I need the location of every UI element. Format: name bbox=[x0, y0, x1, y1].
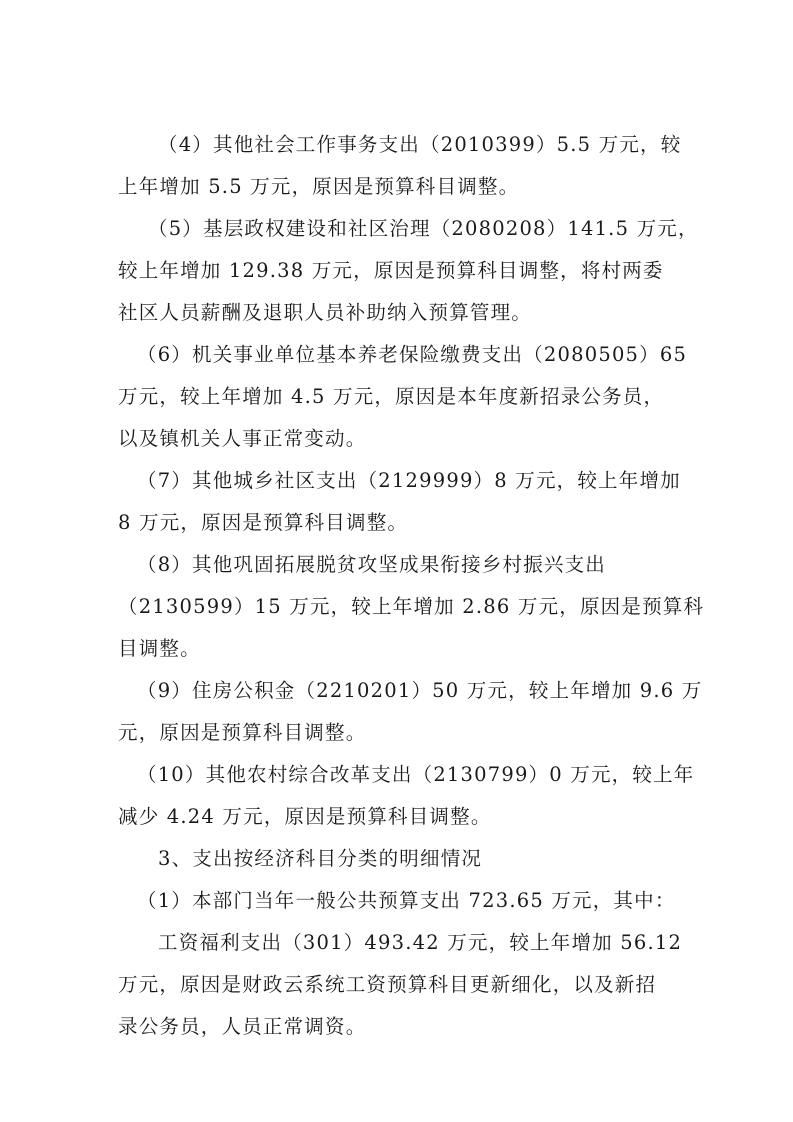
paragraph-item-10-line-2: 减少 4.24 万元，原因是预算科目调整。 bbox=[118, 805, 492, 829]
paragraph-item-5-line-3: 社区人员薪酬及退职人员补助纳入预算管理。 bbox=[118, 301, 532, 325]
paragraph-item-4-line-2: 上年增加 5.5 万元，原因是预算科目调整。 bbox=[118, 175, 519, 199]
paragraph-item-7-line-2: 8 万元，原因是预算科目调整。 bbox=[118, 511, 408, 535]
salary-welfare-line-1: 工资福利支出（301）493.42 万元，较上年增加 56.12 bbox=[158, 931, 682, 955]
paragraph-item-10-line-1: （10）其他农村综合改革支出（2130799）0 万元，较上年 bbox=[137, 763, 694, 787]
paragraph-item-5-line-1: （5）基层政权建设和社区治理（2080208）141.5 万元， bbox=[148, 217, 699, 241]
paragraph-item-4-line-1: （4）其他社会工作事务支出（2010399）5.5 万元，较 bbox=[158, 133, 681, 157]
paragraph-item-8-line-2: （2130599）15 万元，较上年增加 2.86 万元，原因是预算科 bbox=[118, 595, 704, 619]
paragraph-item-9-line-2: 元，原因是预算科目调整。 bbox=[118, 721, 366, 745]
paragraph-item-6-line-1: （6）机关事业单位基本养老保险缴费支出（2080505）65 bbox=[137, 343, 687, 367]
salary-welfare-line-2: 万元，原因是财政云系统工资预算科目更新细化，以及新招 bbox=[118, 973, 656, 997]
paragraph-item-9-line-1: （9）住房公积金（2210201）50 万元，较上年增加 9.6 万 bbox=[137, 679, 702, 703]
salary-welfare-line-3: 录公务员，人员正常调资。 bbox=[118, 1015, 366, 1039]
document-page: （4）其他社会工作事务支出（2010399）5.5 万元，较 上年增加 5.5 … bbox=[0, 0, 793, 1122]
section-3-heading: 3、支出按经济科目分类的明细情况 bbox=[158, 847, 482, 871]
paragraph-item-6-line-3: 以及镇机关人事正常变动。 bbox=[118, 427, 366, 451]
paragraph-item-6-line-2: 万元，较上年增加 4.5 万元，原因是本年度新招录公务员， bbox=[118, 385, 664, 409]
paragraph-item-5-line-2: 较上年增加 129.38 万元，原因是预算科目调整，将村两委 bbox=[118, 259, 664, 283]
paragraph-item-8-line-3: 目调整。 bbox=[118, 637, 201, 661]
section-3-item-1-line-1: （1）本部门当年一般公共预算支出 723.65 万元，其中： bbox=[137, 889, 676, 913]
paragraph-item-7-line-1: （7）其他城乡社区支出（2129999）8 万元，较上年增加 bbox=[137, 469, 681, 493]
paragraph-item-8-line-1: （8）其他巩固拓展脱贫攻坚成果衔接乡村振兴支出 bbox=[137, 553, 606, 577]
